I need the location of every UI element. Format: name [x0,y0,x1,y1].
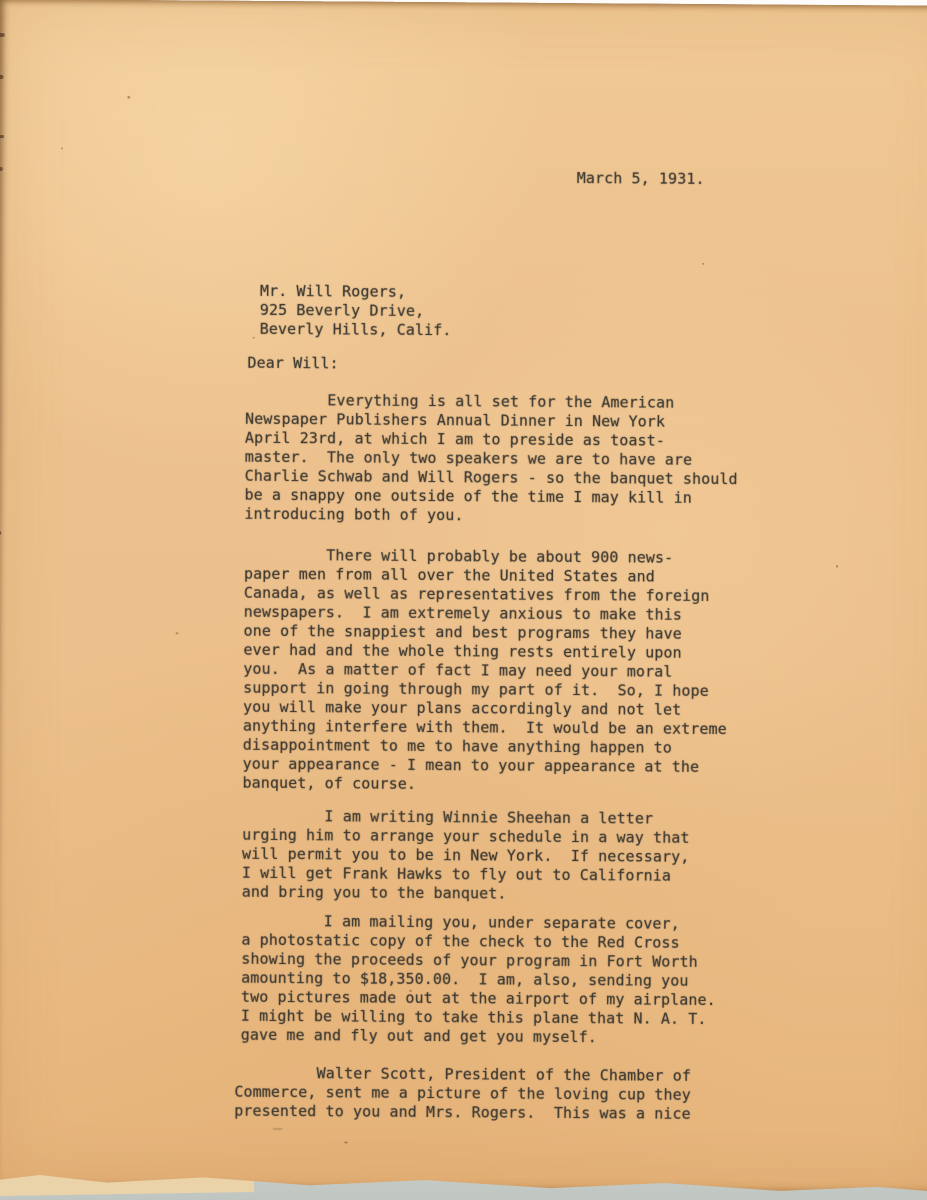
letter-page: March 5, 1931. Mr. Will Rogers, 925 Beve… [0,0,927,1196]
letter-line: presented to you and Mrs. Rogers. This w… [234,1102,691,1124]
paragraph-3: I am writing Winnie Sheehan a letter urg… [242,807,690,905]
recipient-address: Mr. Will Rogers, 925 Beverly Drive, Beve… [260,282,452,340]
salutation: Dear Will: [247,354,338,374]
address-line: 925 Beverly Drive, [260,301,452,321]
paragraph-4: I am mailing you, under separate cover, … [241,912,717,1048]
page-end-dash: — [273,1119,282,1137]
letter-line: banquet, of course. [242,774,726,796]
binding-hole [0,531,1,535]
paragraph-5: Walter Scott, President of the Chamber o… [234,1064,691,1124]
address-line: Mr. Will Rogers, [260,282,452,302]
binding-hole [0,135,4,138]
paper-speck [702,263,704,265]
binding-hole [0,75,3,79]
paragraph-1: Everything is all set for the American N… [244,391,738,527]
paper-speck [836,565,838,568]
letter-line: introducing both of you. [244,505,737,527]
letter-date: March 5, 1931. [577,169,705,189]
binding-hole [0,33,5,37]
scanned-letter-background: March 5, 1931. Mr. Will Rogers, 925 Beve… [0,0,927,1200]
binding-hole [0,167,3,171]
paper-speck [61,147,63,149]
paper-speck [409,990,412,992]
letter-line: and bring you to the banquet. [242,883,690,905]
paper-speck [344,1141,348,1143]
paragraph-2: There will probably be about 900 news- p… [242,546,728,796]
paper-speck [176,632,179,634]
paper-speck [253,337,255,339]
paper-speck [127,96,130,99]
address-line: Beverly Hills, Calif. [260,320,452,340]
letter-line: gave me and fly out and get you myself. [241,1026,716,1048]
